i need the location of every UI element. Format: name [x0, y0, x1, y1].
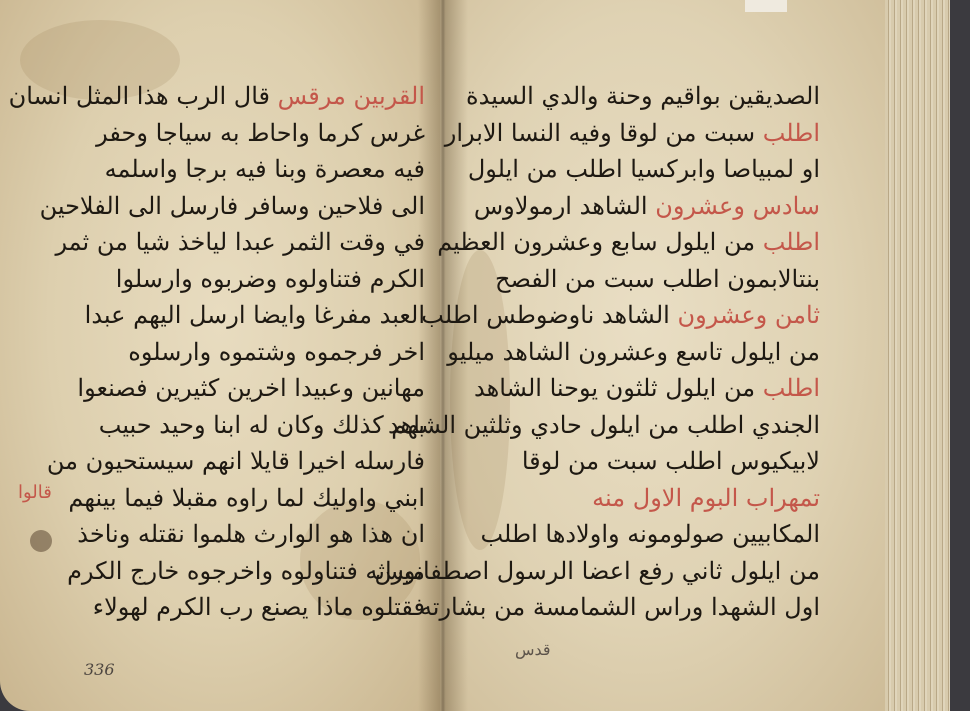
text-line: الجندي اطلب من ايلول حادي وثلثين الشاهد	[470, 407, 820, 444]
manuscript-photo: القربين مرقس قال الرب هذا المثل انسانغرس…	[0, 0, 970, 711]
body-text: الكرم فتناولوه وضربوه وارسلوا	[116, 265, 425, 293]
text-line: اطلب من ايلول سابع وعشرون العظيم	[470, 224, 820, 261]
body-text: بنتالابمون اطلب سبت من الفصح	[495, 265, 820, 293]
body-text: فارسله اخيرا قايلا انهم سيستحيون من	[47, 447, 425, 475]
text-line: في وقت الثمر عبدا لياخذ شيا من ثمر	[40, 224, 425, 261]
body-text: اول الشهدا وراس الشمامسة من بشارته	[420, 593, 820, 621]
text-line: ثامن وعشرون الشاهد ناوضوطس اطلب	[470, 297, 820, 334]
body-text: قال الرب هذا المثل انسان	[9, 82, 278, 110]
body-text: العبد مفرغا وايضا ارسل اليهم عبدا	[85, 301, 425, 329]
text-line: فارسله اخيرا قايلا انهم سيستحيون من	[40, 443, 425, 480]
rubric: تمهراب البوم الاول منه	[592, 484, 820, 512]
text-line: المكابيين صولومونه واولادها اطلب	[470, 516, 820, 553]
body-text: لابيكيوس اطلب سبت من لوقا	[522, 447, 820, 475]
text-line: تمهراب البوم الاول منه	[470, 480, 820, 517]
body-text: بهم كذلك وكان له ابنا وحيد حبيب	[99, 411, 425, 439]
text-line: من ايلول ثاني رفع اعضا الرسول اصطفانوس	[470, 553, 820, 590]
body-text: الشاهد ناوضوطس اطلب	[421, 301, 677, 329]
folio-number: 336	[84, 660, 115, 679]
body-text: مهانين وعبيدا اخرين كثيرين فصنعوا	[77, 374, 425, 402]
text-line: الى فلاحين وسافر فارسل الى الفلاحين	[40, 188, 425, 225]
text-line: القربين مرقس قال الرب هذا المثل انسان	[40, 78, 425, 115]
body-text: ابني واوليك لما راوه مقبلا فيما بينهم	[68, 484, 425, 512]
text-line: الصديقين بواقيم وحنة والدي السيدة	[470, 78, 820, 115]
text-line: اخر فرجموه وشتموه وارسلوه	[40, 334, 425, 371]
page-edges	[885, 0, 970, 711]
body-text: فقتلوه ماذا يصنع رب الكرم لهولاء	[93, 593, 425, 621]
text-line: ميراثه فتناولوه واخرجوه خارج الكرم	[40, 553, 425, 590]
body-text: الشاهد ارمولاوس	[474, 192, 655, 220]
body-text: فيه معصرة وبنا فيه برجا واسلمه	[105, 155, 425, 183]
body-text: ميراثه فتناولوه واخرجوه خارج الكرم	[67, 557, 425, 585]
body-text: من ايلول ثاني رفع اعضا الرسول اصطفانوس	[375, 557, 820, 585]
body-text: غرس كرما واحاط به سياجا وحفر	[96, 119, 425, 147]
rubric: القربين مرقس	[278, 82, 425, 110]
body-text: الصديقين بواقيم وحنة والدي السيدة	[466, 82, 820, 110]
rubric: اطلب	[763, 374, 820, 402]
body-text: من ايلول سابع وعشرون العظيم	[437, 228, 763, 256]
body-text: الى فلاحين وسافر فارسل الى الفلاحين	[40, 192, 425, 220]
text-line: اطلب من ايلول ثلثون يوحنا الشاهد	[470, 370, 820, 407]
body-text: او لمبياصا وابركسيا اطلب من ايلول	[468, 155, 820, 183]
text-line: بنتالابمون اطلب سبت من الفصح	[470, 261, 820, 298]
text-line: ان هذا هو الوارث هلموا نقتله وناخذ	[40, 516, 425, 553]
text-line: سادس وعشرون الشاهد ارمولاوس	[470, 188, 820, 225]
body-text: من ايلول تاسع وعشرون الشاهد ميليو	[447, 338, 820, 366]
text-line: لابيكيوس اطلب سبت من لوقا	[470, 443, 820, 480]
rubric: ثامن وعشرون	[677, 301, 820, 329]
margin-note: قالوا	[18, 482, 52, 503]
text-line: ابني واوليك لما راوه مقبلا فيما بينهم	[40, 480, 425, 517]
body-text: اخر فرجموه وشتموه وارسلوه	[128, 338, 425, 366]
body-text: سبت من لوقا وفيه النسا الابرار	[445, 119, 763, 147]
text-line: بهم كذلك وكان له ابنا وحيد حبيب	[40, 407, 425, 444]
text-line: الكرم فتناولوه وضربوه وارسلوا	[40, 261, 425, 298]
text-line: مهانين وعبيدا اخرين كثيرين فصنعوا	[40, 370, 425, 407]
text-line: اطلب سبت من لوقا وفيه النسا الابرار	[470, 115, 820, 152]
rubric: اطلب	[763, 228, 820, 256]
rubric: سادس وعشرون	[655, 192, 820, 220]
paper-tab	[745, 0, 787, 12]
catchword: قدس	[515, 640, 551, 659]
text-line: العبد مفرغا وايضا ارسل اليهم عبدا	[40, 297, 425, 334]
rubric: اطلب	[763, 119, 820, 147]
right-page-text: الصديقين بواقيم وحنة والدي السيدةاطلب سب…	[470, 78, 820, 626]
body-text: الجندي اطلب من ايلول حادي وثلثين الشاهد	[388, 411, 820, 439]
text-line: او لمبياصا وابركسيا اطلب من ايلول	[470, 151, 820, 188]
body-text: ان هذا هو الوارث هلموا نقتله وناخذ	[77, 520, 425, 548]
text-line: من ايلول تاسع وعشرون الشاهد ميليو	[470, 334, 820, 371]
text-line: فيه معصرة وبنا فيه برجا واسلمه	[40, 151, 425, 188]
text-line: اول الشهدا وراس الشمامسة من بشارته	[470, 589, 820, 626]
body-text: المكابيين صولومونه واولادها اطلب	[480, 520, 820, 548]
body-text: في وقت الثمر عبدا لياخذ شيا من ثمر	[55, 228, 425, 256]
text-line: غرس كرما واحاط به سياجا وحفر	[40, 115, 425, 152]
left-page-text: القربين مرقس قال الرب هذا المثل انسانغرس…	[40, 78, 425, 626]
text-line: فقتلوه ماذا يصنع رب الكرم لهولاء	[40, 589, 425, 626]
body-text: من ايلول ثلثون يوحنا الشاهد	[474, 374, 763, 402]
